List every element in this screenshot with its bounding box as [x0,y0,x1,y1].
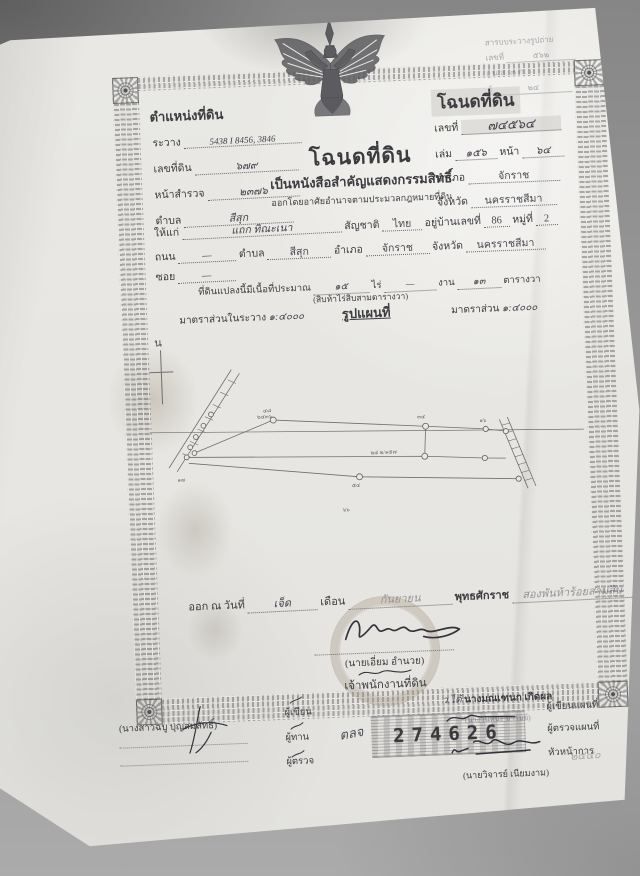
role-ticks [280,696,323,781]
deed-page-value: ๖๔ [522,144,565,158]
recipient-tambon-label: ตำบล [239,248,265,260]
deed-box-title: โฉนดที่ดิน [431,86,521,116]
right-note: ว.ได้ [442,692,462,708]
recipient-amphoe-value: จักราช [365,242,429,256]
svg-text:๖๖: ๖๖ [343,507,351,513]
recipient-road-label: ถนน [155,252,176,264]
border-rosette-tl [112,77,139,104]
scale-left-label: มาตราส่วนในระวาง [179,312,266,326]
deed-volume-value: ๑๕๖ [454,147,497,161]
map-checker-name: (นางวันทนะ มารมย์) [465,712,531,727]
clerks-row: (นางสาวฉบู บุญสมลัทธิ์) ผู้เขียน ผู้ทาน … [112,684,636,814]
scale-right-label: มาตราส่วน [451,303,500,316]
officer-signature [337,605,470,650]
recipient-moo-label: หมู่ที่ [512,214,533,226]
issue-prefix: ออก ณ วันที่ [188,599,245,613]
deed-number-label: เลขที่ [434,123,459,135]
paper-sheet: สารบบระวางรูปถ่าย เลขที่ ๕๖๒ ( น.ส. ๓ ก.… [0,0,640,876]
map-north-label: น [154,337,162,349]
recipient-to-value: แถก ทิณะเนา [182,220,342,240]
photo-background: สารบบระวางรูปถ่าย เลขที่ ๕๖๒ ( น.ส. ๓ ก.… [0,0,640,876]
svg-text:๒๔๓๖: ๒๔๓๖ [257,414,273,421]
recipient-road-value: — [178,249,237,264]
garuda-emblem-icon [270,9,392,119]
area-wa-label: ตารางวา [503,275,541,286]
issue-month-label: เดือน [320,595,345,608]
map-checker-role: ผู้ตรวจแผนที่ [547,719,600,736]
svg-text:๑๗: ๑๗ [177,477,185,483]
svg-text:๕๔: ๕๔ [352,483,361,489]
svg-text:๒๔ ๒/๑๕๗: ๒๔ ๒/๑๕๗ [370,449,396,456]
map-survey-markers [183,400,522,494]
recipient-moo-value: 2 [535,213,557,226]
recipient-amphoe-label: อำเภอ [334,245,363,257]
issue-day: เจ็ด [247,597,318,613]
recipient-to-label: ให้แก่ [154,228,180,240]
recipient-house-value: 86 [483,215,509,228]
recipient-soi-label: ซอย [155,272,175,284]
issue-era-label: พุทธศักราช [455,589,510,603]
chief-name: (นายวิจารย์ เนียมงาม) [463,765,550,782]
field-rawang-label: ระวาง [152,137,181,149]
recipient-soi-value: — [178,269,237,284]
map-section-title: รูปแผนที่ [321,301,412,325]
chief-signature [445,731,546,761]
script-note: ตลจ [338,721,365,746]
deed-document: ตำแหน่งที่ดิน ระวาง 5438 I 8456, 3846 เล… [112,59,629,725]
position-block-title: ตำแหน่งที่ดิน [149,104,224,128]
map-north-cross [148,350,174,405]
cadastral-map: น [130,316,591,585]
map-parcel-edges [185,411,518,492]
map-road-left [165,369,243,472]
recipient-province-label: จังหวัด [432,241,463,253]
recipient-nationality-value: ไทย [382,218,422,232]
recipient-house-label: อยู่บ้านเลขที่ [424,216,481,229]
field-survey-page-label: หน้าสำรวจ [154,189,204,202]
field-parcel-no-label: เลขที่ดิน [153,163,192,175]
recipient-province-value: นครราชสีมา [465,237,545,252]
recipient-tambon-value: สีสุก [267,246,331,260]
map-survey-labels: ๔๘ ๒๔๓๖ ๓๔ ๑๖ ๒๔ ๒/๑๕๗ ๕๔ ๑๗ ๖๖ [175,400,490,520]
scale-right-value: ๑:๔๐๐๐ [502,302,538,314]
scale-left-value: ๑:๔๐๐๐ [268,311,304,323]
border-rosette-tr [574,59,605,86]
svg-text:๓๔: ๓๔ [417,414,425,420]
recipient-nationality-label: สัญชาติ [344,220,380,232]
deed-page-label: หน้า [499,146,519,158]
corner-stamp-line2-label: เลขที่ [485,53,504,63]
map-writer-name: นางมณเฑนก เกิดผล [464,689,553,707]
map-baseline [150,416,584,446]
deed-number-value: ๗๔๕๖๔ [461,115,562,135]
pencil-note: ๒๕๔๐ [569,745,601,765]
map-writer-role: ผู้เขียนแผนที่ [546,697,598,714]
svg-text:๑๖: ๑๖ [479,418,487,424]
